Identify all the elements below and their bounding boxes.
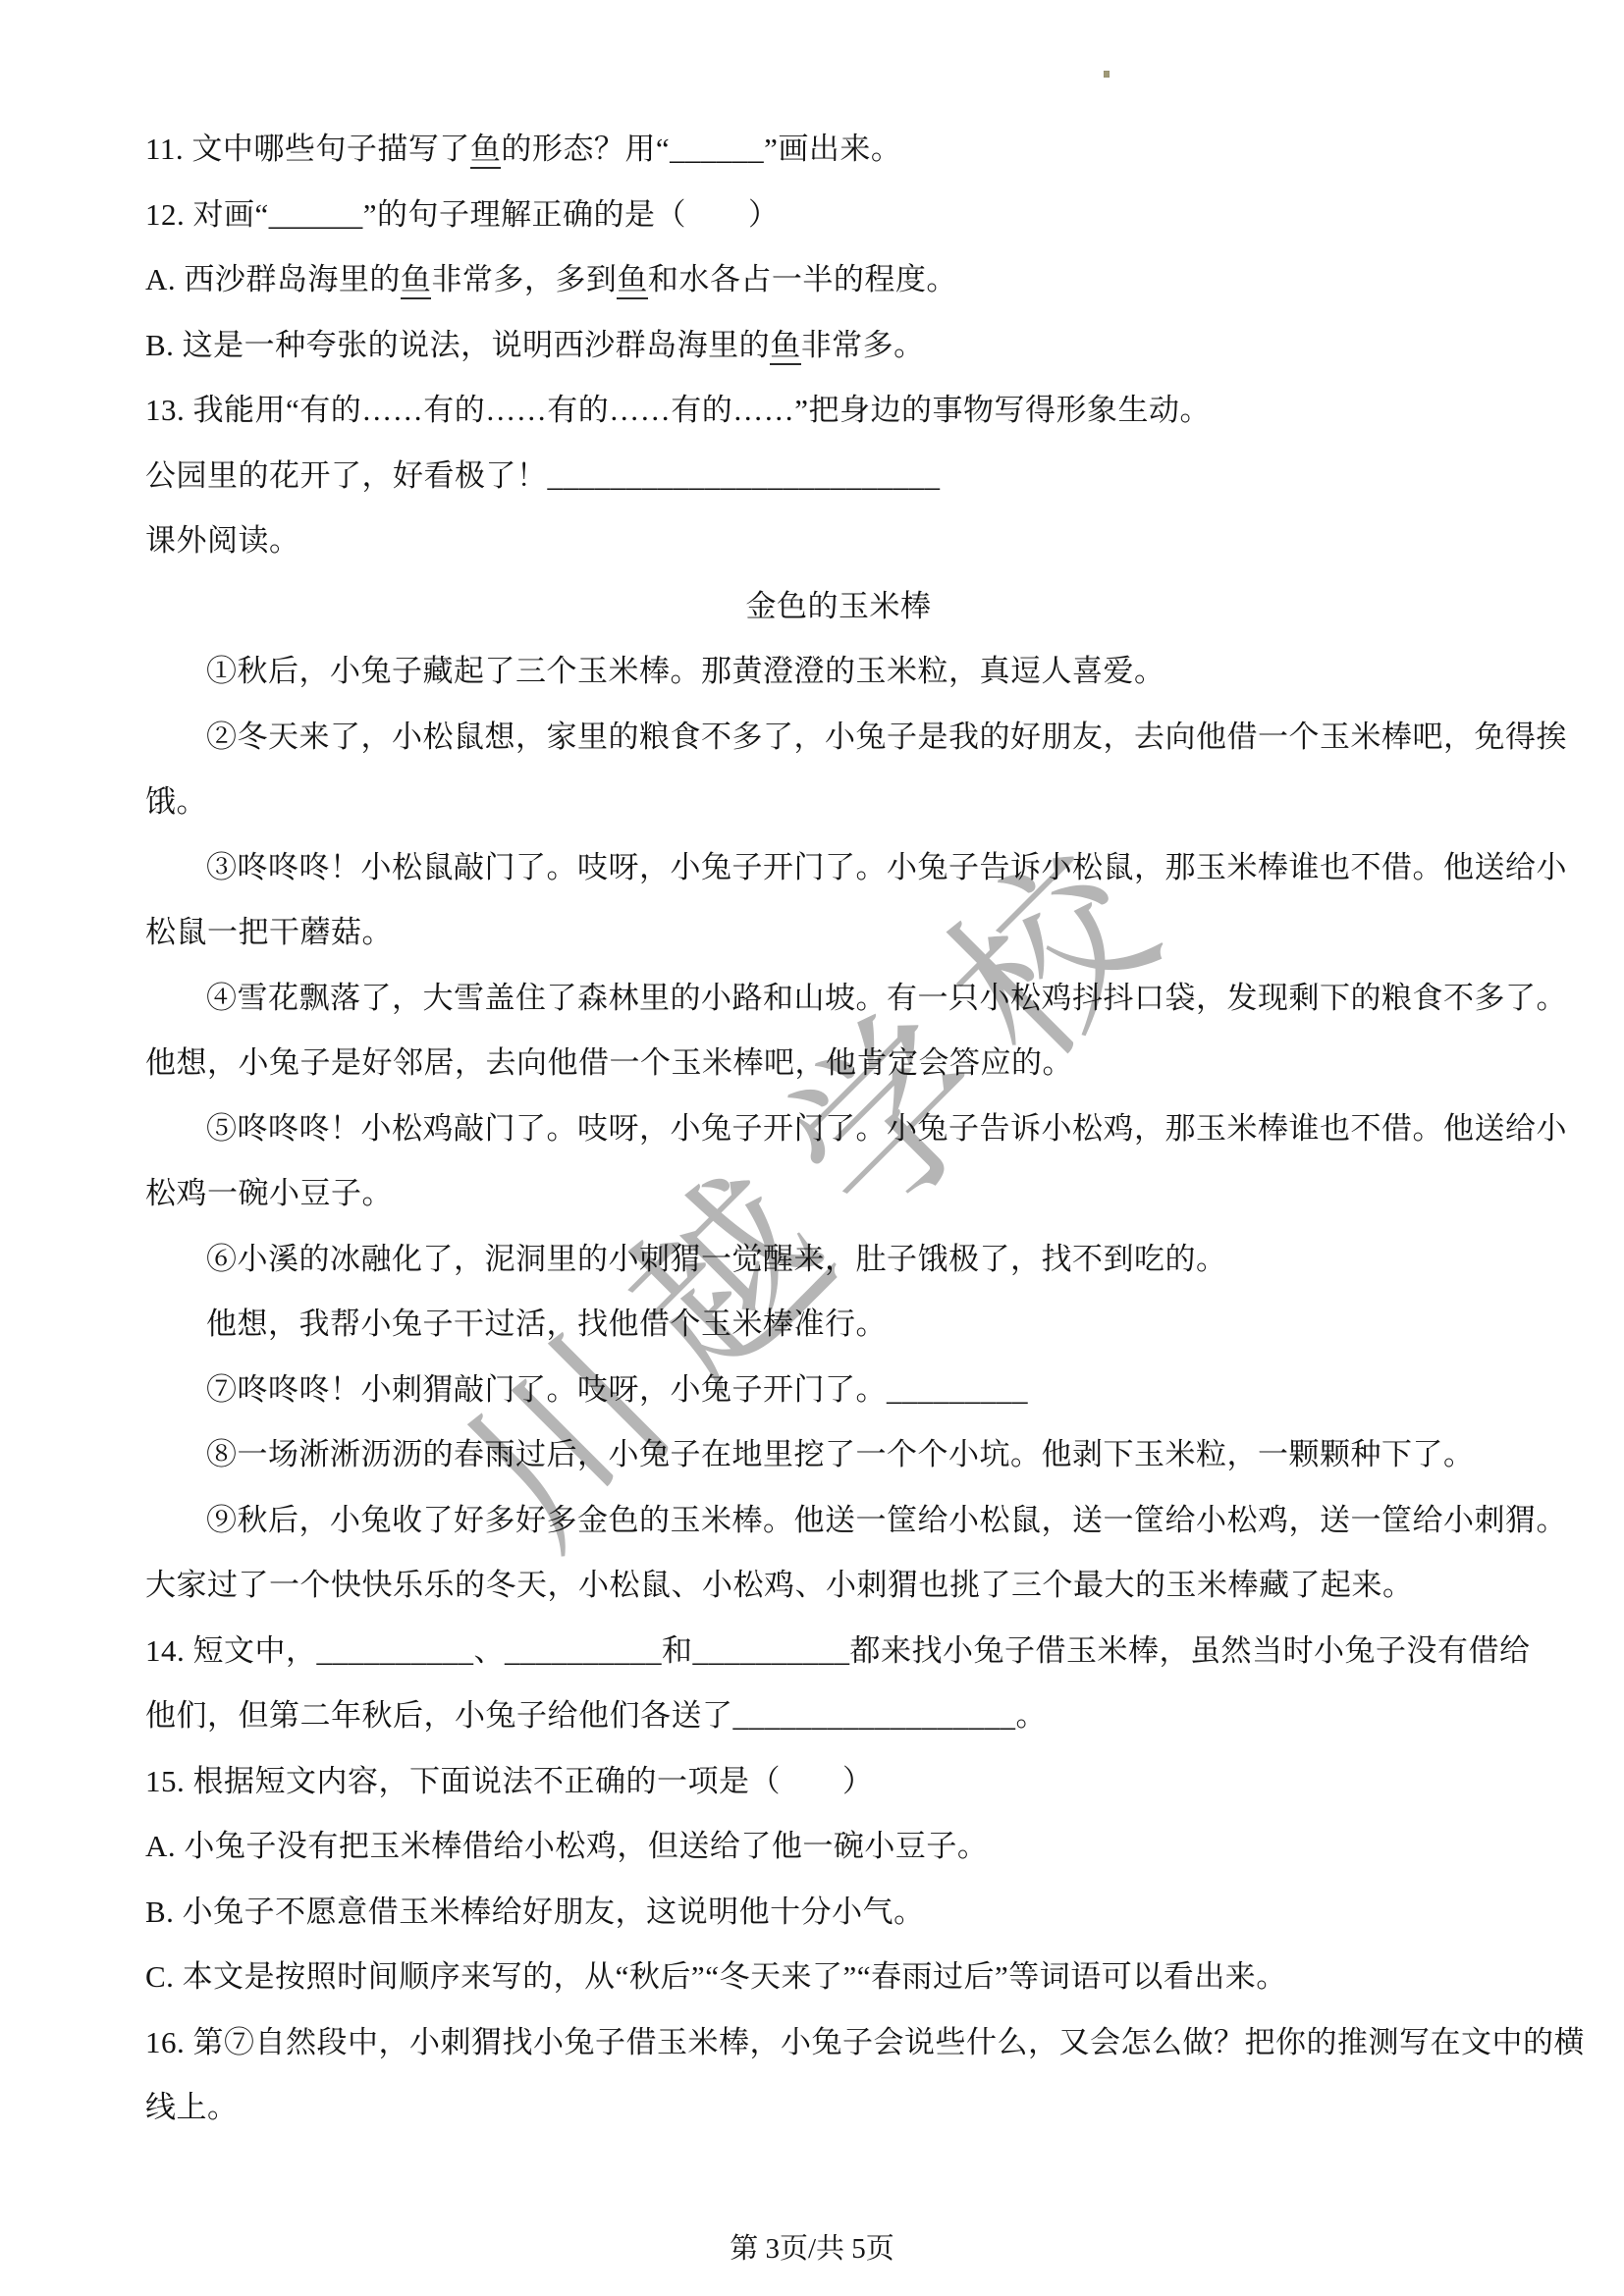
question-line: 14. 短文中，__________、__________和__________… — [145, 1619, 1532, 1684]
speck-artifact — [1104, 71, 1110, 78]
passage-paragraph: ⑨秋后，小兔收了好多好多金色的玉米棒。他送一筐给小松鼠，送一筐给小松鸡，送一筐给… — [145, 1488, 1532, 1554]
passage-paragraph: ⑥小溪的冰融化了，泥洞里的小刺猬一觉醒来，肚子饿极了，找不到吃的。 — [145, 1227, 1532, 1293]
section-label: 课外阅读。 — [145, 508, 1532, 574]
passage-title: 金色的玉米棒 — [145, 574, 1532, 640]
passage-line: 饿。 — [145, 770, 1532, 835]
question-line: 16. 第⑦自然段中，小刺猬找小兔子借玉米棒，小兔子会说些什么，又会怎么做？把你… — [145, 2010, 1532, 2076]
text-line: 公园里的花开了，好看极了！_________________________ — [145, 444, 1532, 509]
text-line: 线上。 — [145, 2075, 1532, 2141]
exam-page: 川越学校 11. 文中哪些句子描写了鱼的形态？用“______”画出来。12. … — [0, 0, 1624, 2296]
question-line: 12. 对画“______”的句子理解正确的是（ ） — [145, 183, 1532, 248]
passage-line: 松鸡一碗小豆子。 — [145, 1161, 1532, 1227]
option-line: A. 小兔子没有把玉米棒借给小松鸡，但送给了他一碗小豆子。 — [145, 1814, 1532, 1880]
passage-line: 松鼠一把干蘑菇。 — [145, 900, 1532, 966]
passage-paragraph: ⑦咚咚咚！小刺猬敲门了。吱呀，小兔子开门了。_________ — [145, 1358, 1532, 1423]
question-line: 13. 我能用“有的……有的……有的……有的……”把身边的事物写得形象生动。 — [145, 378, 1532, 444]
underlined-char: 鱼 — [401, 262, 432, 299]
option-line: B. 小兔子不愿意借玉米棒给好朋友，这说明他十分小气。 — [145, 1880, 1532, 1946]
passage-paragraph: ⑤咚咚咚！小松鸡敲门了。吱呀，小兔子开门了。小兔子告诉小松鸡，那玉米棒谁也不借。… — [145, 1096, 1532, 1162]
question-line: 15. 根据短文内容，下面说法不正确的一项是（ ） — [145, 1749, 1532, 1815]
passage-paragraph: ⑧一场淅淅沥沥的春雨过后，小兔子在地里挖了一个个小坑。他剥下玉米粒，一颗颗种下了… — [145, 1422, 1532, 1488]
passage-line: 大家过了一个快快乐乐的冬天，小松鼠、小松鸡、小刺猬也挑了三个最大的玉米棒藏了起来… — [145, 1553, 1532, 1619]
option-line: C. 本文是按照时间顺序来写的，从“秋后”“冬天来了”“春雨过后”等词语可以看出… — [145, 1945, 1532, 2010]
passage-paragraph: ④雪花飘落了，大雪盖住了森林里的小路和山坡。有一只小松鸡抖抖口袋，发现剩下的粮食… — [145, 966, 1532, 1032]
passage-paragraph: ①秋后，小兔子藏起了三个玉米棒。那黄澄澄的玉米粒，真逗人喜爱。 — [145, 639, 1532, 705]
passage-paragraph: ②冬天来了，小松鼠想，家里的粮食不多了，小兔子是我的好朋友，去向他借一个玉米棒吧… — [145, 705, 1532, 771]
passage-paragraph: 他想，我帮小兔子干过活，找他借个玉米棒准行。 — [145, 1292, 1532, 1358]
passage-paragraph: ③咚咚咚！小松鼠敲门了。吱呀，小兔子开门了。小兔子告诉小松鼠，那玉米棒谁也不借。… — [145, 835, 1532, 901]
page-number: 第 3页/共 5页 — [0, 2216, 1624, 2281]
document-body: 11. 文中哪些句子描写了鱼的形态？用“______”画出来。12. 对画“__… — [145, 117, 1532, 2141]
underlined-char: 鱼 — [470, 132, 502, 169]
underlined-char: 鱼 — [617, 262, 648, 299]
text-line: 他们，但第二年秋后，小兔子给他们各送了__________________。 — [145, 1683, 1532, 1749]
passage-line: 他想，小兔子是好邻居，去向他借一个玉米棒吧，他肯定会答应的。 — [145, 1031, 1532, 1096]
option-line: B. 这是一种夸张的说法，说明西沙群岛海里的鱼非常多。 — [145, 313, 1532, 379]
option-line: A. 西沙群岛海里的鱼非常多，多到鱼和水各占一半的程度。 — [145, 247, 1532, 313]
question-line: 11. 文中哪些句子描写了鱼的形态？用“______”画出来。 — [145, 117, 1532, 183]
underlined-char: 鱼 — [770, 328, 801, 365]
